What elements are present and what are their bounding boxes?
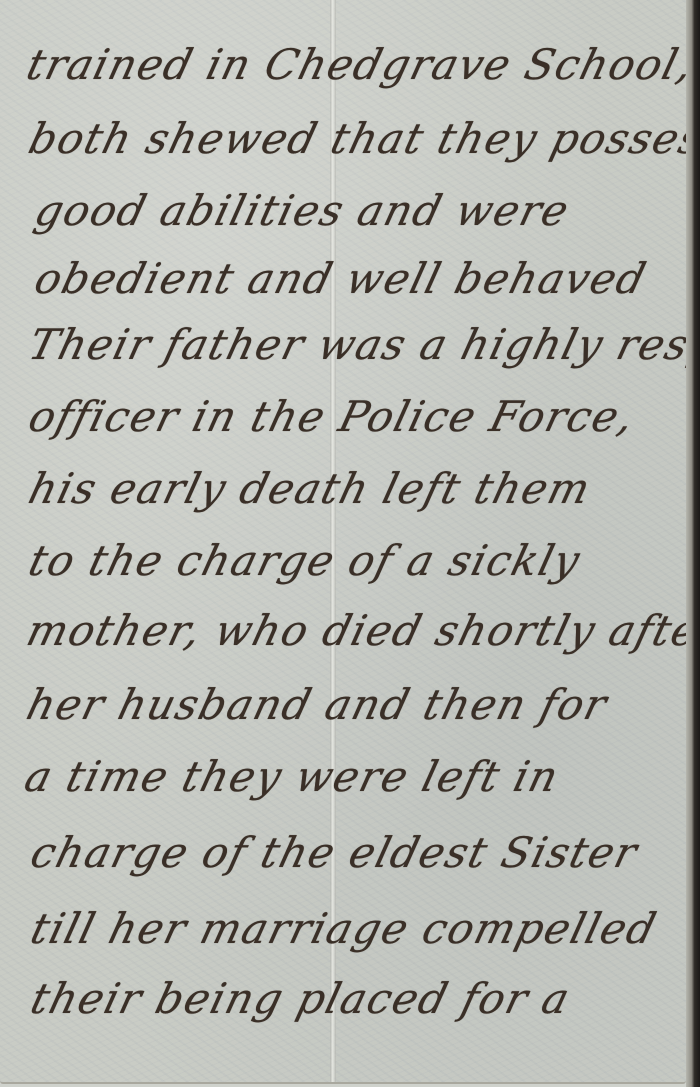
handwritten-line-8: to the charge of a sickly: [24, 536, 686, 585]
handwritten-line-3: good abilities and were: [30, 186, 686, 235]
handwritten-line-11: a time they were left in: [20, 752, 686, 801]
handwritten-line-6: officer in the Police Force,: [24, 392, 686, 441]
handwritten-line-5: Their father was a highly respec: [24, 320, 686, 369]
handwritten-line-7: his early death left them: [24, 464, 686, 513]
handwritten-line-4: obedient and well behaved: [30, 254, 686, 303]
handwritten-line-2: both shewed that they possessed: [24, 114, 686, 163]
handwritten-line-10: her husband and then for: [22, 680, 686, 729]
handwritten-line-14: their being placed for a: [26, 974, 686, 1023]
handwritten-line-9: mother, who died shortly after: [22, 606, 686, 655]
handwritten-line-12: charge of the eldest Sister: [26, 828, 686, 877]
handwritten-line-13: till her marriage compelled: [26, 904, 686, 953]
page-right-edge-shadow: [686, 0, 700, 1087]
letter-page: trained in Chedgrave School, both shewed…: [0, 0, 686, 1084]
handwritten-line-1: trained in Chedgrave School,: [22, 40, 686, 89]
